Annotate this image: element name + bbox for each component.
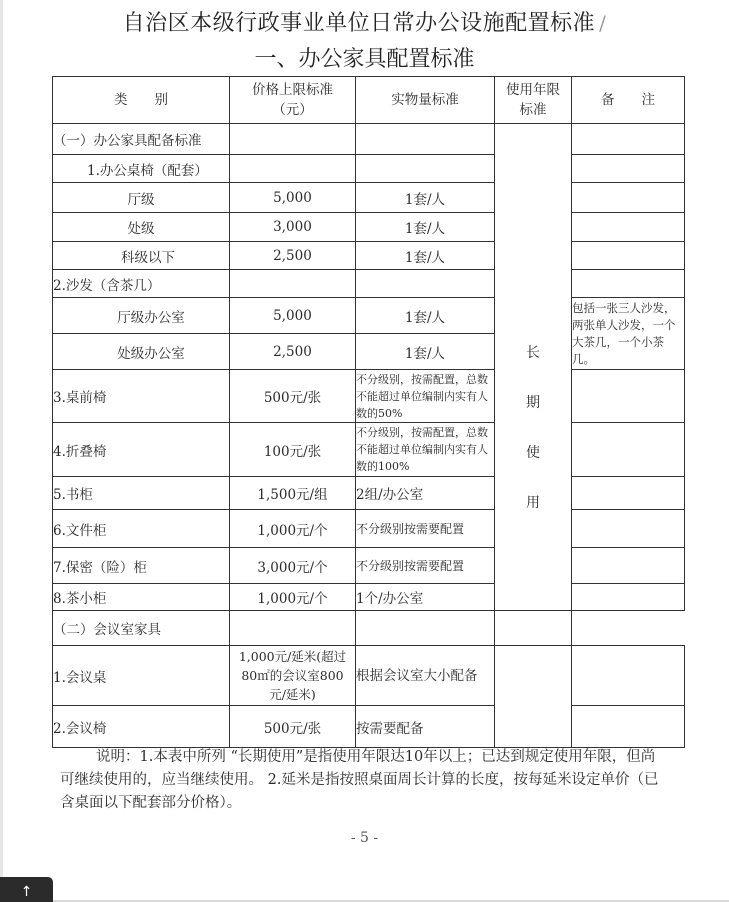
price-cell: 3,000元/个 xyxy=(230,548,356,584)
category-cell: 6.文件柜 xyxy=(53,510,230,548)
pen-mark: / xyxy=(599,11,606,35)
quantity-cell: 1套/人 xyxy=(356,298,495,334)
remarks-cell xyxy=(572,270,685,298)
sofa-remarks-cell: 包括一张三人沙发，两张单人沙发，一个大茶几，一个小茶几。 xyxy=(572,298,685,370)
remarks-cell xyxy=(572,548,685,584)
table-row: 1.办公桌椅（配套） xyxy=(53,155,685,183)
category-cell: 8.茶小柜 xyxy=(53,584,230,611)
category-cell: 科级以下 xyxy=(53,242,230,270)
table-row: 2.会议椅 500元/张 按需要配备 xyxy=(53,706,685,748)
empty-cell xyxy=(356,611,495,646)
category-cell: 处级 xyxy=(53,213,230,242)
empty-cell xyxy=(572,124,685,155)
quantity-cell: 不分级别按需要配置 xyxy=(356,510,495,548)
table-row: 1.会议桌 1,000元/延米(超过80㎡的会议室800元/延米) 根据会议室大… xyxy=(53,646,685,706)
price-cell: 2,500 xyxy=(230,334,356,370)
header-category: 类 别 xyxy=(53,77,230,124)
quantity-cell xyxy=(356,155,495,183)
quantity-cell: 按需要配备 xyxy=(356,706,495,748)
table-row: 处级 3,000 1套/人 xyxy=(53,213,685,242)
page-number: - 5 - xyxy=(0,830,729,846)
category-cell: 2.沙发（含茶几） xyxy=(53,270,230,298)
quantity-cell: 不分级别按需要配置 xyxy=(356,548,495,584)
arrow-up-icon: ↑ xyxy=(21,884,33,900)
section-row: （一）办公家具配备标准 长 期 使 用 xyxy=(53,124,685,155)
remarks-cell xyxy=(572,477,685,510)
category-cell: 2.会议椅 xyxy=(53,706,230,748)
price-cell: 1,000元/个 xyxy=(230,510,356,548)
category-cell: 5.书柜 xyxy=(53,477,230,510)
remarks-cell xyxy=(572,213,685,242)
empty-cell xyxy=(230,124,356,155)
remarks-cell xyxy=(572,584,685,611)
category-cell: 3.桌前椅 xyxy=(53,370,230,423)
price-cell xyxy=(230,155,356,183)
empty-cell xyxy=(495,611,572,646)
header-price-text: 价格上限标准（元） xyxy=(243,80,343,120)
price-cell xyxy=(230,270,356,298)
remarks-cell xyxy=(572,155,685,183)
category-cell: 处级办公室 xyxy=(53,334,230,370)
price-cell: 3,000 xyxy=(230,213,356,242)
quantity-cell: 1个/办公室 xyxy=(356,584,495,611)
usage-char: 期 xyxy=(495,392,571,412)
remarks-cell xyxy=(572,183,685,213)
section-label: （一）办公家具配备标准 xyxy=(53,124,230,155)
category-cell: 4.折叠椅 xyxy=(53,423,230,477)
quantity-cell: 1套/人 xyxy=(356,183,495,213)
price-cell: 100元/张 xyxy=(230,423,356,477)
table-row: 厅级办公室 5,000 1套/人 包括一张三人沙发，两张单人沙发，一个大茶几，一… xyxy=(53,298,685,334)
empty-cell xyxy=(356,124,495,155)
quantity-cell: 根据会议室大小配备 xyxy=(356,646,495,706)
footnote: 说明：1.本表中所列 “长期使用”是指使用年限达10年以上；已达到规定使用年限，… xyxy=(60,746,660,815)
quantity-cell: 1套/人 xyxy=(356,242,495,270)
table-row: 厅级 5,000 1套/人 xyxy=(53,183,685,213)
table-row: 2.沙发（含茶几） xyxy=(53,270,685,298)
header-quantity: 实物量标准 xyxy=(356,77,495,124)
table-row: 7.保密（险）柜 3,000元/个 不分级别按需要配置 xyxy=(53,548,685,584)
price-cell: 1,000元/延米(超过80㎡的会议室800元/延米) xyxy=(230,646,356,706)
price-cell: 500元/张 xyxy=(230,706,356,748)
section-label: （二）会议室家具 xyxy=(53,611,230,646)
category-cell: 厅级办公室 xyxy=(53,298,230,334)
remarks-cell xyxy=(572,370,685,423)
quantity-cell: 不分级别，按需配置，总数不能超过单位编制内实有人数的50% xyxy=(356,370,495,423)
table-row: 3.桌前椅 500元/张 不分级别，按需配置，总数不能超过单位编制内实有人数的5… xyxy=(53,370,685,423)
page-left-edge xyxy=(0,0,3,902)
table-row: 8.茶小柜 1,000元/个 1个/办公室 xyxy=(53,584,685,611)
header-usage-text: 使用年限标准 xyxy=(505,80,561,120)
price-cell-text: 1,000元/延米(超过80㎡的会议室800元/延米) xyxy=(235,647,351,704)
furniture-standards-table: 类 别 价格上限标准（元） 实物量标准 使用年限标准 备 注 （一）办公家具配备… xyxy=(52,76,685,748)
table-row: 4.折叠椅 100元/张 不分级别，按需配置，总数不能超过单位编制内实有人数的1… xyxy=(53,423,685,477)
header-usage: 使用年限标准 xyxy=(495,77,572,124)
header-remarks: 备 注 xyxy=(572,77,685,124)
quantity-cell: 不分级别，按需配置，总数不能超过单位编制内实有人数的100% xyxy=(356,423,495,477)
price-cell: 5,000 xyxy=(230,183,356,213)
price-cell: 5,000 xyxy=(230,298,356,334)
usage-char: 用 xyxy=(495,492,571,512)
price-cell: 1,500元/组 xyxy=(230,477,356,510)
quantity-cell: 1套/人 xyxy=(356,213,495,242)
remarks-cell xyxy=(572,242,685,270)
table-header-row: 类 别 价格上限标准（元） 实物量标准 使用年限标准 备 注 xyxy=(53,77,685,124)
category-cell: 厅级 xyxy=(53,183,230,213)
price-cell: 1,000元/个 xyxy=(230,584,356,611)
remarks-cell xyxy=(572,646,685,706)
header-price: 价格上限标准（元） xyxy=(230,77,356,124)
usage-years-cell xyxy=(495,646,572,748)
remarks-cell xyxy=(572,510,685,548)
scroll-to-top-button[interactable]: ↑ xyxy=(0,877,53,902)
usage-char: 使 xyxy=(495,442,571,462)
document-subtitle: 一、办公家具配置标准 xyxy=(0,42,729,73)
document-title: 自治区本级行政事业单位日常办公设施配置标准/ xyxy=(0,6,729,37)
table-row: 6.文件柜 1,000元/个 不分级别按需要配置 xyxy=(53,510,685,548)
remarks-cell xyxy=(572,706,685,748)
category-cell: 1.会议桌 xyxy=(53,646,230,706)
table-row: 5.书柜 1,500元/组 2组/办公室 xyxy=(53,477,685,510)
price-cell: 2,500 xyxy=(230,242,356,270)
category-cell: 1.办公桌椅（配套） xyxy=(53,155,230,183)
usage-char: 长 xyxy=(495,342,571,362)
table-row: 科级以下 2,500 1套/人 xyxy=(53,242,685,270)
section-row: （二）会议室家具 xyxy=(53,611,685,646)
quantity-cell: 2组/办公室 xyxy=(356,477,495,510)
category-cell: 7.保密（险）柜 xyxy=(53,548,230,584)
usage-years-merged-cell: 长 期 使 用 xyxy=(495,124,572,611)
empty-cell xyxy=(230,611,356,646)
quantity-cell: 1套/人 xyxy=(356,334,495,370)
remarks-cell xyxy=(572,423,685,477)
quantity-cell xyxy=(356,270,495,298)
price-cell: 500元/张 xyxy=(230,370,356,423)
document-title-text: 自治区本级行政事业单位日常办公设施配置标准 xyxy=(123,11,596,36)
